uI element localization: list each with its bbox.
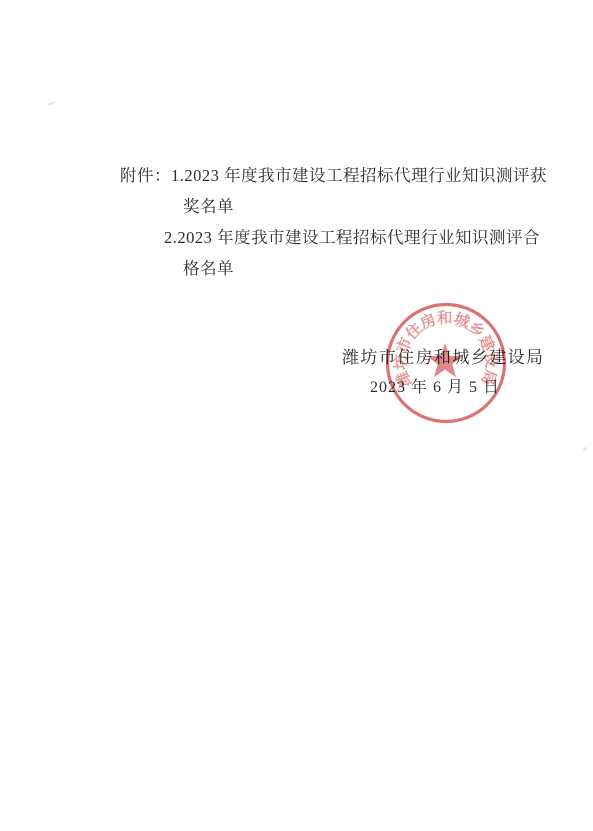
attachment-heading-line: 附件：1.2023 年度我市建设工程招标代理行业知识测评获 (120, 166, 547, 186)
attachment-item2-continuation: 格名单 (183, 259, 234, 279)
issuing-agency-name: 潍坊市住房和城乡建设局 (342, 348, 544, 368)
attachment-item1-continuation: 奖名单 (183, 197, 234, 217)
scan-artifact (47, 101, 56, 107)
scan-artifact (583, 447, 587, 451)
attachment-item2-line: 2.2023 年度我市建设工程招标代理行业知识测评合 (164, 228, 540, 248)
document-page: 附件：1.2023 年度我市建设工程招标代理行业知识测评获 奖名单 2.2023… (0, 0, 593, 831)
issue-date: 2023 年 6 月 5 日 (370, 378, 500, 398)
